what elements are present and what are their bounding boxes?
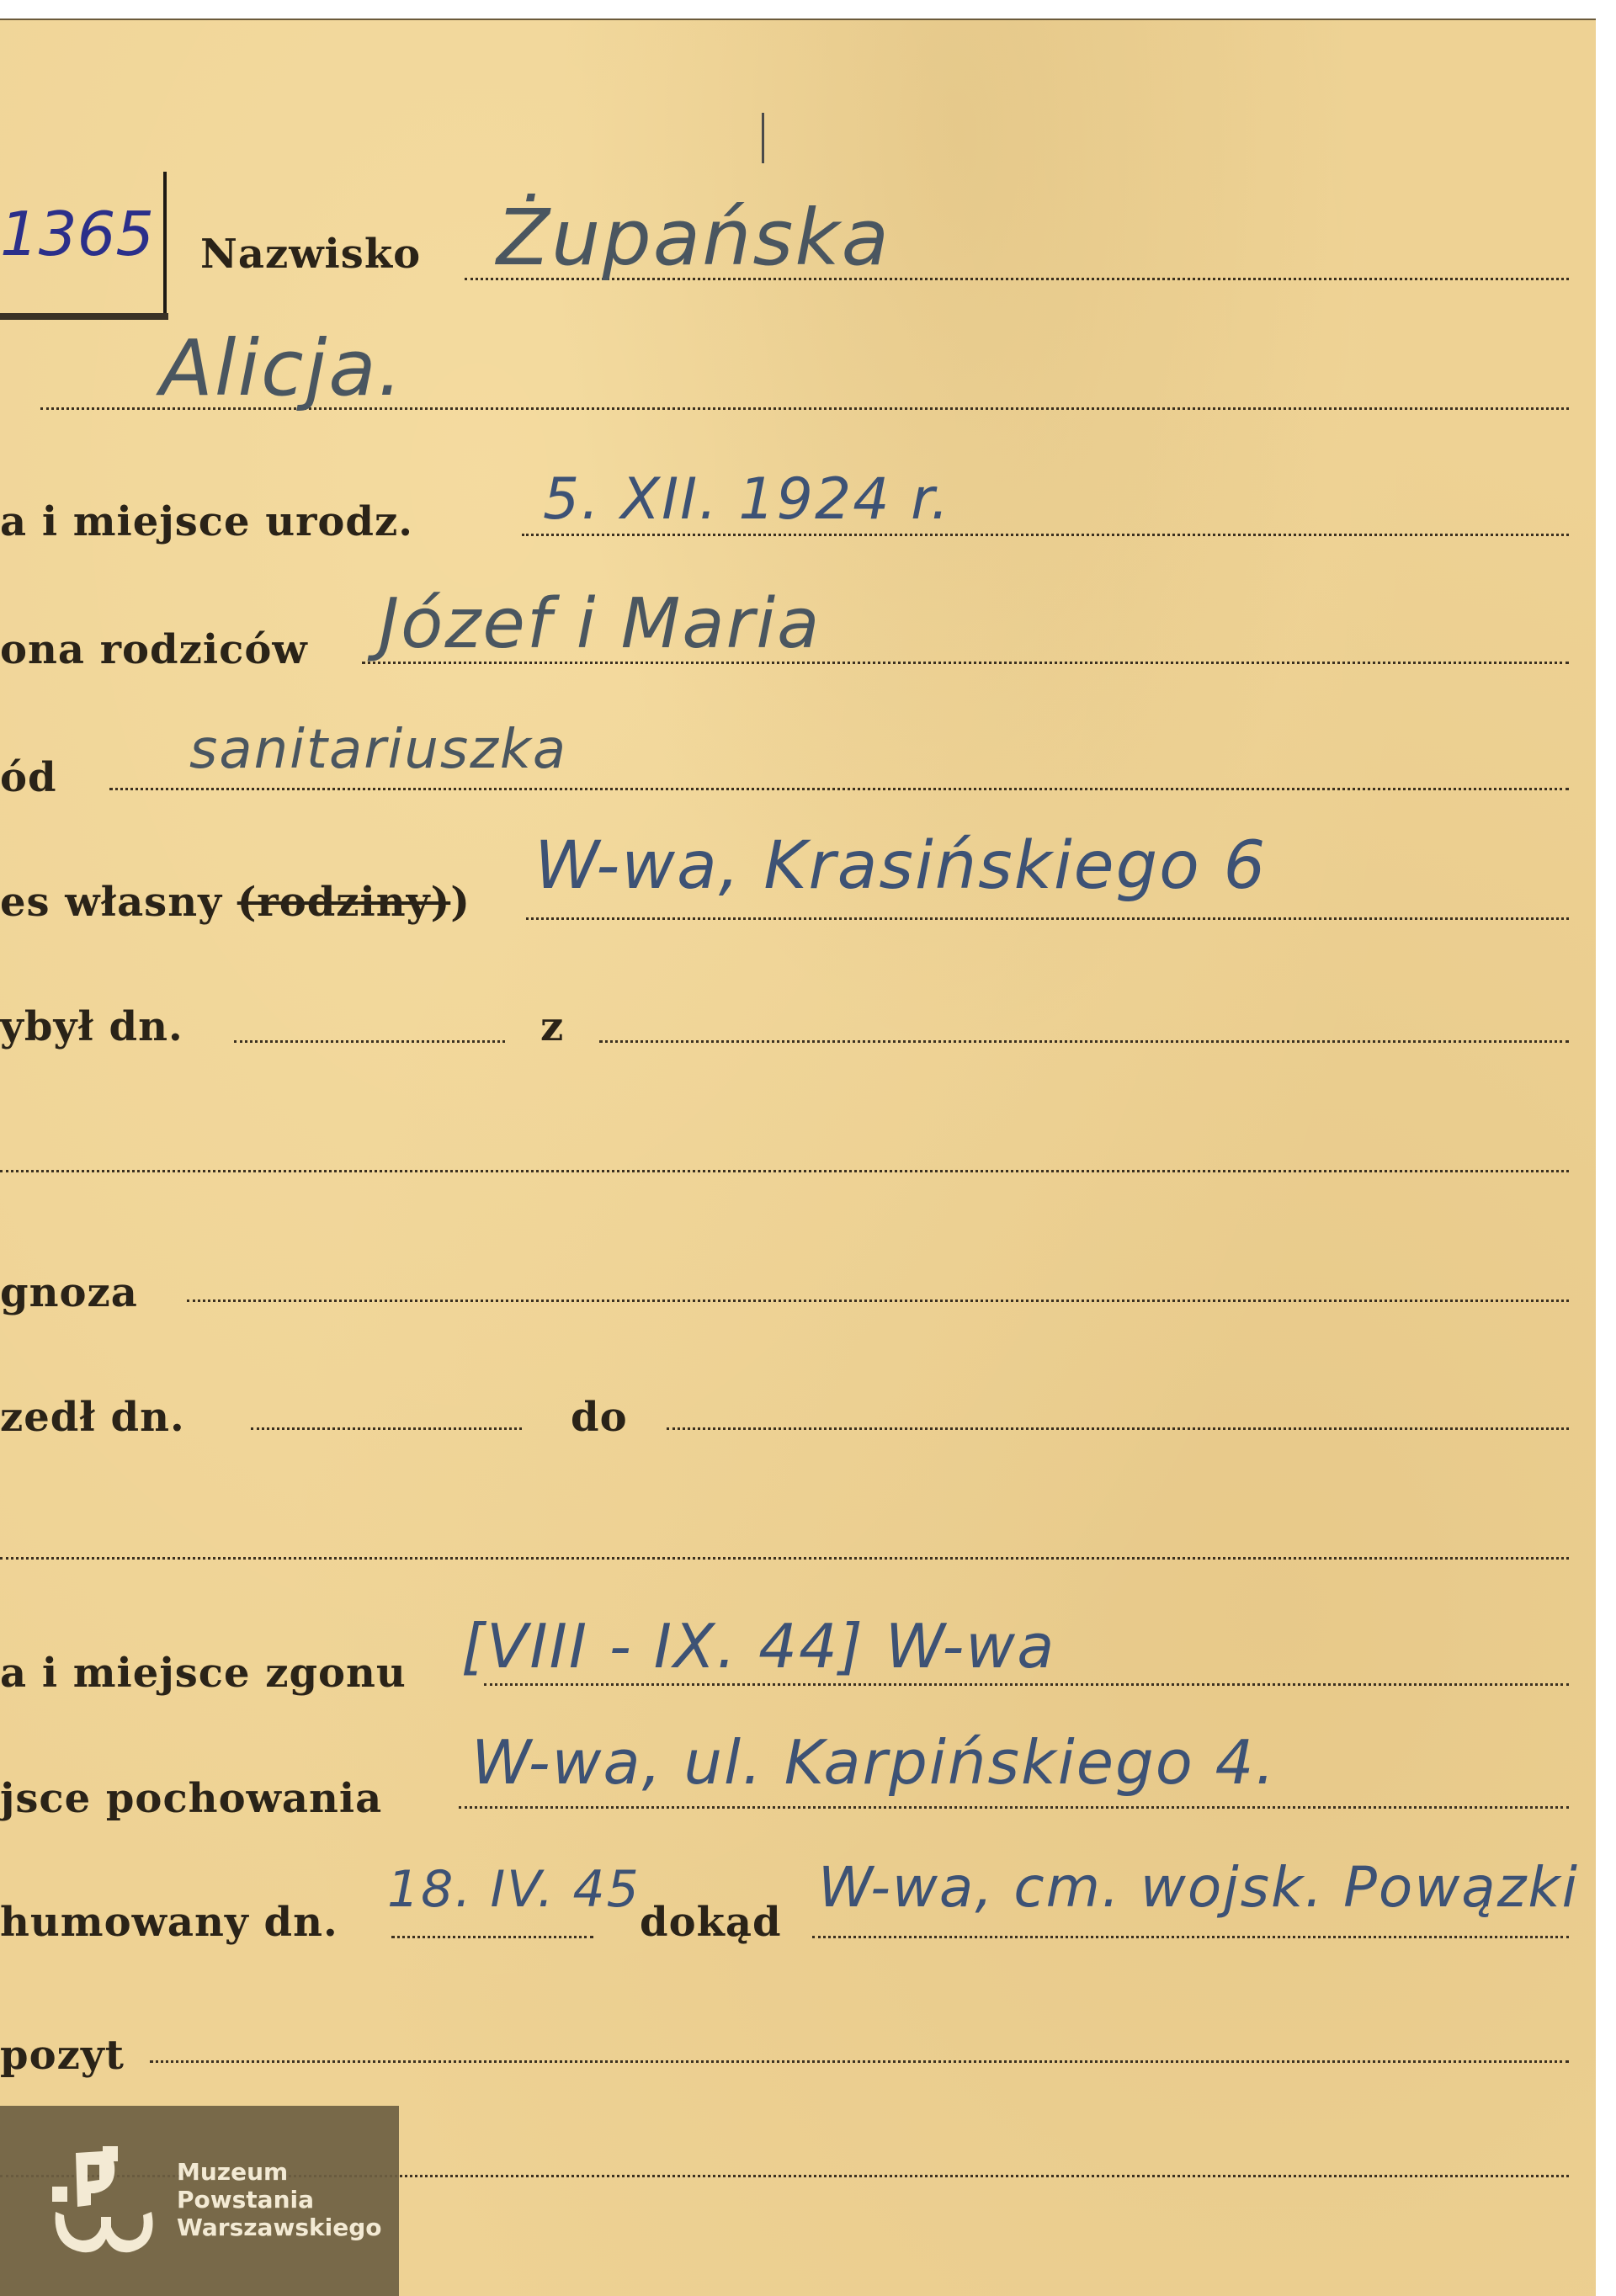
label-dokad: dokąd: [640, 1899, 782, 1946]
field-line-diagnoza: [187, 1299, 1569, 1302]
field-line-zgonu: [484, 1683, 1569, 1686]
museum-name-line3: Warszawskiego: [177, 2214, 381, 2241]
value-nazwisko: Żupańska: [497, 193, 890, 283]
value-zgonu: [VIII - IX. 44] W-wa: [461, 1611, 1055, 1682]
label-urodz: a i miejsce urodz.: [0, 498, 413, 545]
record-number: 1365: [0, 199, 154, 269]
label-diagnoza: gnoza: [0, 1269, 138, 1316]
field-line-blank-1: [0, 1170, 1569, 1172]
label-rodzicow: ona rodziców: [0, 626, 308, 673]
label-depozyt: pozyt: [0, 2032, 125, 2079]
label-zgonu: a i miejsce zgonu: [0, 1650, 407, 1697]
value-urodz: 5. XII. 1924 r.: [543, 466, 950, 533]
museum-name-line1: Muzeum: [177, 2158, 381, 2186]
value-pochowania: W-wa, ul. Karpińskiego 4.: [471, 1727, 1276, 1798]
value-dokad: W-wa, cm. wojsk. Powązki: [818, 1855, 1579, 1920]
field-line-depozyt: [150, 2060, 1569, 2063]
label-adres: es własny (rodziny)): [0, 879, 470, 926]
label-pochowania: jsce pochowania: [0, 1775, 382, 1822]
label-wyszedl-do: do: [571, 1394, 628, 1441]
label-adres-struck: (rodziny): [237, 879, 451, 926]
museum-name-line2: Powstania: [177, 2186, 381, 2214]
museum-name: Muzeum Powstania Warszawskiego: [177, 2158, 381, 2241]
field-line-blank-2: [0, 1557, 1569, 1560]
field-line-zawod: [109, 788, 1569, 790]
personal-record-card: 1365 Nazwisko Żupańska Alicja. a i miejs…: [0, 19, 1596, 2296]
pencil-mark: [762, 113, 764, 163]
label-zawod: ód: [0, 754, 57, 801]
field-line-adres: [526, 917, 1569, 920]
value-adres: W-wa, Krasińskiego 6: [534, 828, 1267, 904]
museum-watermark: Muzeum Powstania Warszawskiego: [0, 2106, 399, 2296]
field-line-urodz: [522, 534, 1569, 536]
field-line-przybyl-date: [234, 1040, 505, 1043]
label-ekshumowany: humowany dn.: [0, 1899, 338, 1946]
field-line-wyszedl-date: [251, 1427, 522, 1430]
record-number-underline: [0, 313, 168, 320]
label-adres-suffix: ): [450, 879, 470, 926]
label-nazwisko: Nazwisko: [200, 231, 421, 278]
field-line-ekshumowany-date: [391, 1936, 593, 1938]
field-line-pochowania: [459, 1806, 1569, 1809]
label-przybyl: ybył dn.: [0, 1003, 183, 1050]
value-zawod: sanitariuszka: [189, 719, 567, 781]
kotwica-anchor-icon: [52, 2146, 162, 2256]
label-wyszedl: zedł dn.: [0, 1394, 185, 1441]
value-ekshumowany-date: 18. IV. 45: [387, 1860, 641, 1919]
field-line-wyszedl-to: [667, 1427, 1569, 1430]
value-imie: Alicja.: [160, 323, 404, 413]
value-rodzicow: Józef i Maria: [379, 584, 821, 664]
field-line-przybyl-from: [599, 1040, 1569, 1043]
label-adres-prefix: es własny: [0, 879, 222, 926]
field-line-dokad: [812, 1936, 1569, 1938]
label-przybyl-z: z: [540, 1003, 564, 1050]
